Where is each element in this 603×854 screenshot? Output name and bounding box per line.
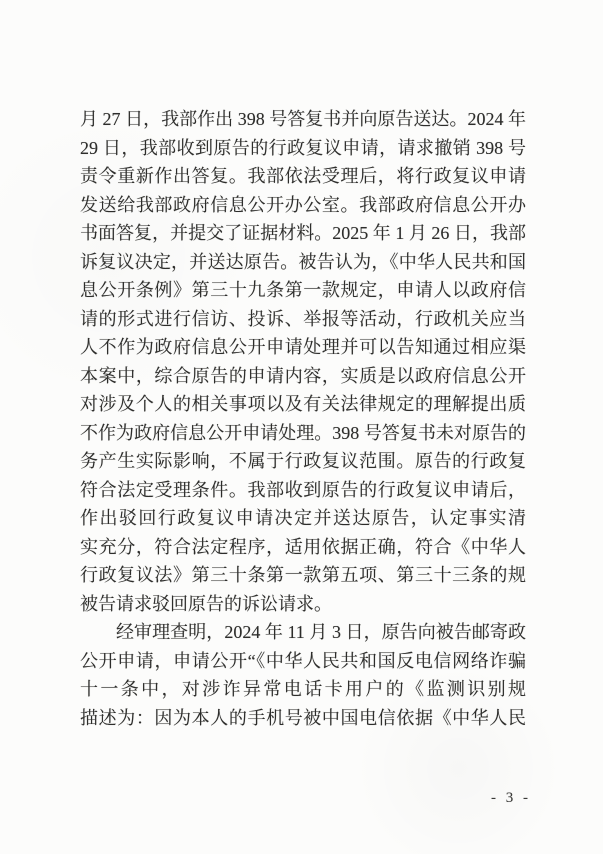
text-line: 责令重新作出答复。我部依法受理后，将行政复议申请材料副本 [80,162,526,191]
text-line: 请的形式进行信访、投诉、举报等活动，行政机关应当告知申请 [80,305,526,334]
text-line: 公开申请，申请公开“《中华人民共和国反电信网络诈骗法》第 [80,647,526,676]
text-line: 被告请求驳回原告的诉讼请求。 [80,590,526,619]
text-line: 经审理查明，2024 年 11 月 3 日，原告向被告邮寄政府信息 [80,618,526,647]
text-line: 月 27 日，我部作出 398 号答复书并向原告送达。2024 年 11 月 [80,105,526,134]
text-line: 29 日，我部收到原告的行政复议申请，请求撤销 398 号答复书， [80,134,526,163]
text-line: 发送给我部政府信息公开办公室。我部政府信息公开办公室提出 [80,191,526,220]
text-line: 息公开条例》第三十九条第一款规定，申请人以政府信息公开申 [80,276,526,305]
text-line: 作出驳回行政复议申请决定并送达原告，认定事实清楚，证据确 [80,504,526,533]
body-text: 月 27 日，我部作出 398 号答复书并向原告送达。2024 年 11 月29… [80,105,526,732]
document-page: 月 27 日，我部作出 398 号答复书并向原告送达。2024 年 11 月29… [0,0,603,854]
text-line: 不作为政府信息公开申请处理。398 号答复书未对原告的权利义 [80,419,526,448]
text-line: 实充分，符合法定程序，适用依据正确，符合《中华人民共和国 [80,533,526,562]
text-line: 务产生实际影响，不属于行政复议范围。原告的行政复议申请不 [80,447,526,476]
text-line: 书面答复，并提交了证据材料。2025 年 1 月 26 日，我部作出被 [80,219,526,248]
text-line: 十一条中，对涉诈异常电话卡用户的《监测识别规则》”。特征性 [80,675,526,704]
text-line: 符合法定受理条件。我部收到原告的行政复议申请后，依法审查、 [80,476,526,505]
text-line: 对涉及个人的相关事项以及有关法律规定的理解提出质询，依法 [80,390,526,419]
page-number: - 3 - [491,790,531,807]
text-line: 诉复议决定，并送达原告。被告认为，《中华人民共和国政府信 [80,248,526,277]
text-line: 行政复议法》第三十条第一款第五项、第三十三条的规定。综上， [80,561,526,590]
text-line: 人不作为政府信息公开申请处理并可以告知通过相应渠道提出。 [80,333,526,362]
text-line: 本案中，综合原告的申请内容，实质是以政府信息公开申请形式 [80,362,526,391]
text-line: 描述为：因为本人的手机号被中国电信依据《中华人民共和国反 [80,704,526,733]
